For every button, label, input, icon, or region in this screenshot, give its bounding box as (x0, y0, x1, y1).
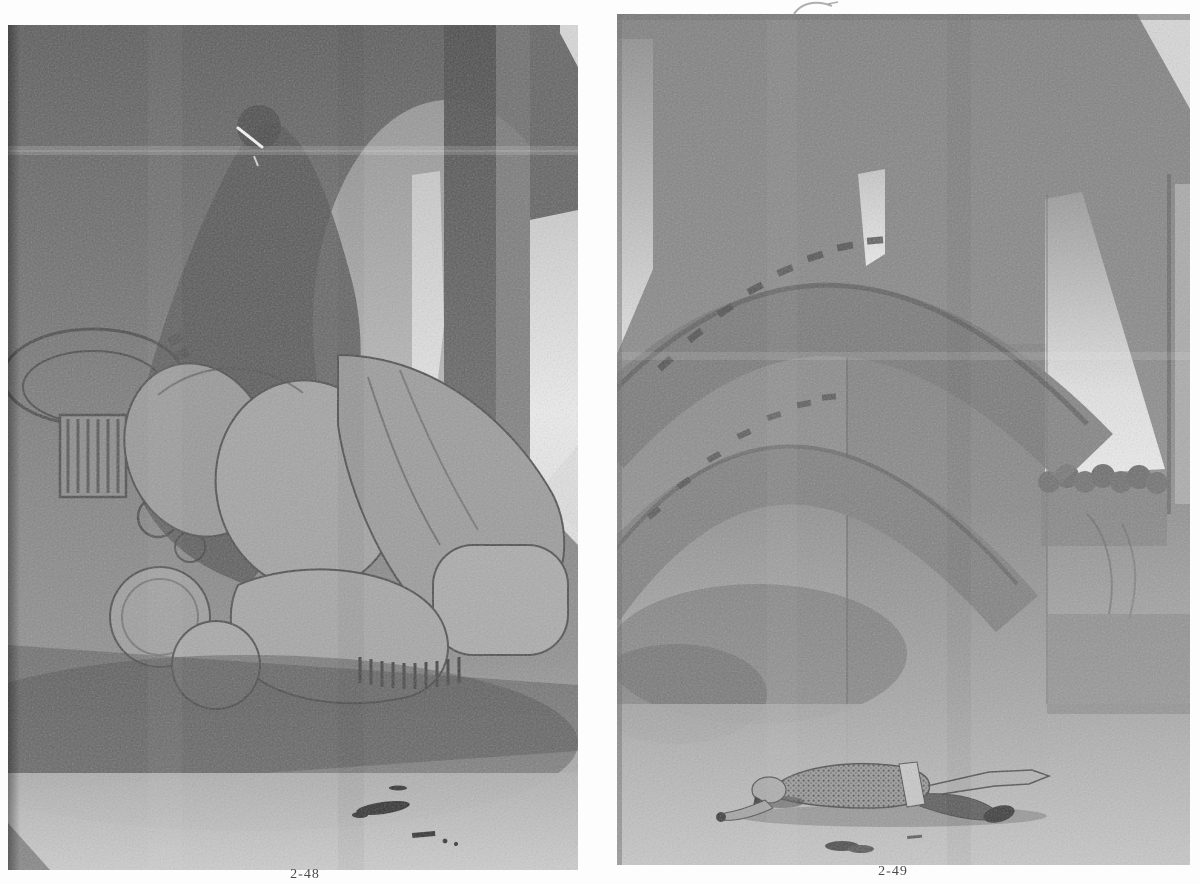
right-page-illustration (617, 14, 1190, 865)
fold-mark (788, 0, 844, 16)
left-page (8, 25, 578, 870)
right-page (617, 14, 1190, 865)
right-page-number: 2-49 (853, 864, 933, 880)
grain-overlay-right (617, 14, 1190, 865)
scanned-spread: 2-48 2-49 (0, 0, 1200, 884)
grain-overlay-left (8, 25, 578, 870)
left-page-number: 2-48 (265, 867, 345, 883)
left-page-illustration (8, 25, 578, 870)
page-edge-shadow-left (8, 25, 20, 870)
